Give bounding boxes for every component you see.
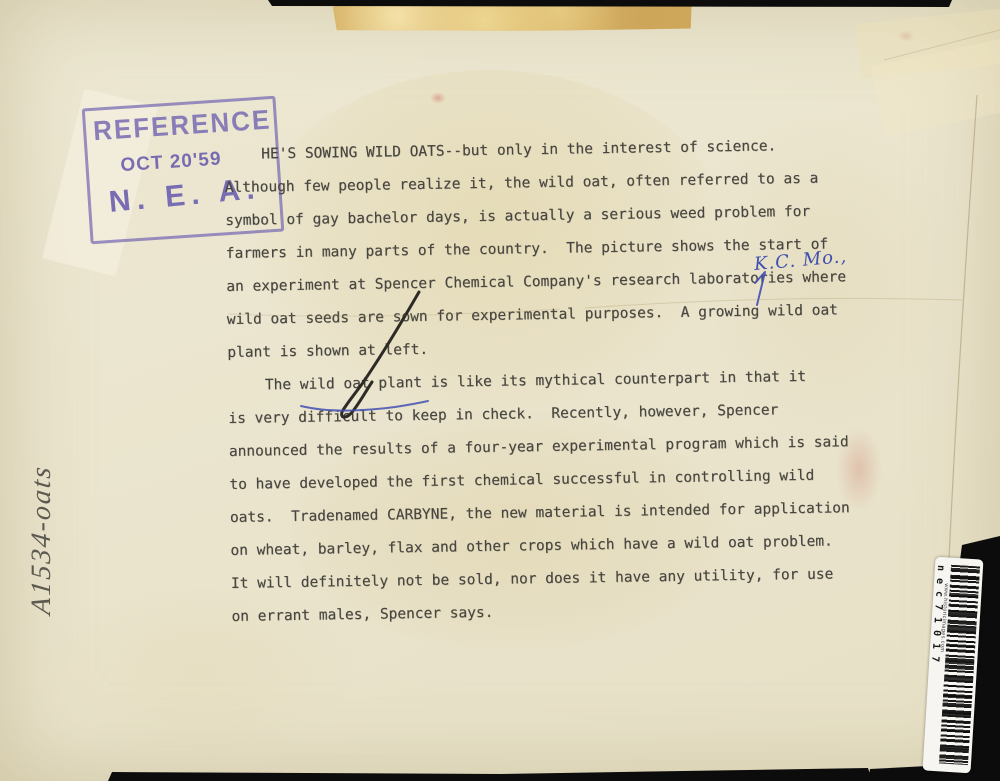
tape-residue — [870, 39, 1000, 137]
masking-tape — [333, 0, 692, 32]
tape-residue — [856, 8, 1000, 78]
red-smudge — [898, 30, 914, 42]
red-smudge — [430, 92, 446, 104]
stamp-date-text: OCT 20'59 — [120, 148, 222, 177]
typed-caption: HE'S SOWING WILD OATS--but only in the i… — [224, 129, 872, 634]
photo-paper-back: REFERENCE OCT 20'59 N. E. A. HE'S SOWING… — [0, 0, 1000, 781]
handwritten-archive-code: A1534-oats — [26, 408, 62, 672]
